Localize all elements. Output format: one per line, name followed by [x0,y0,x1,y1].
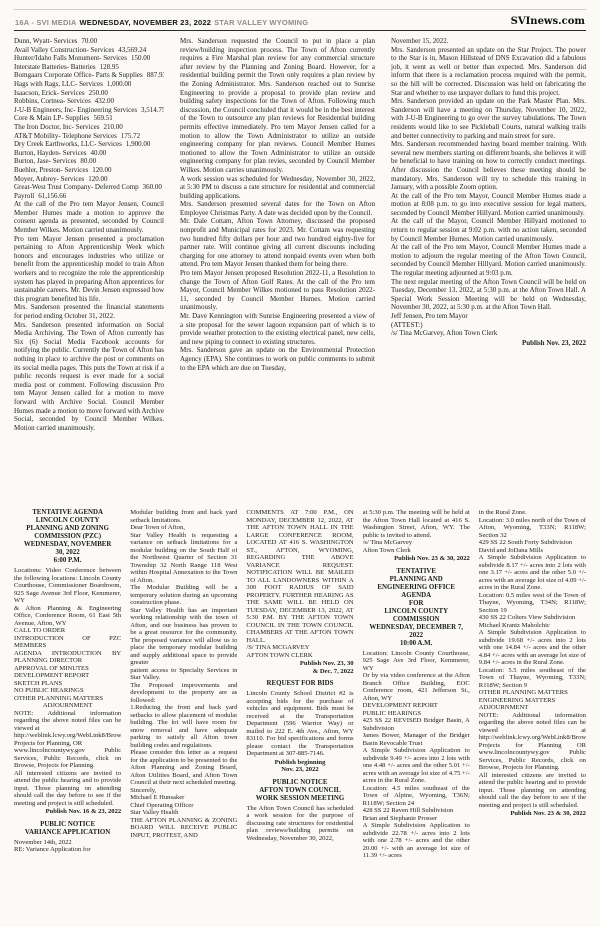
text-block: Location: Lincoln County Courthouse, 925… [363,650,470,673]
payment-amount: 175.72 [121,132,140,140]
text-block: AGENDA INTRODUCTION BY PLANNING DIRECTOR [14,650,121,665]
text-block: RE: Variance Application for [14,846,121,854]
payment-amount: 210.00 [103,123,122,131]
payment-amount: 360.00 [143,183,162,191]
payee-name: Dry Creek Earthworks, LLC- Services [14,140,122,148]
text-block: Please consider this letter as a request… [130,749,237,787]
text-block: DEVELOPMENT REPORT [14,672,121,680]
page-edition-label: 16A - SVI MEDIA [15,18,76,27]
text-block: CALL TO ORDER [14,627,121,635]
text-block: Mrs. Sanderson provided an update on the… [391,97,586,140]
ledger-row: Great-West Trust Company- Deferred Comp3… [14,183,164,192]
publish-date: Publish Nov. 16 & 23, 2022 [14,808,121,816]
work-session-notice-heading: PUBLIC NOTICE AFTON TOWN COUNCIL WORK SE… [246,779,353,803]
payee-name: Great-West Trust Company- Deferred Comp [14,183,139,191]
notices-column-e: in the Rural Zone.Location: 3.0 miles no… [479,509,586,927]
text-block: Mr. Dale Cottam, Afton Town Attorney, di… [180,217,375,269]
text-block: David and JoDana Mills [479,547,586,555]
text-block: At the call of the Mayor, Council Member… [391,217,586,243]
text-block: Mrs. Sanderson recommended having board … [391,140,586,192]
text-block: Michael Krantz Maholchic [479,622,586,630]
payee-name: Burton, Jase- Services [14,157,76,165]
payment-amount: 70.00 [81,37,97,45]
text-block: DEVELOPMENT REPORT [363,702,470,710]
text-block: COMMENTS AT 7:00 P.M., ON MONDAY, DECEMB… [246,509,353,644]
payment-amount: 150.00 [131,54,150,62]
text-block: Locations: Video Conference between the … [14,567,121,605]
text-block: Location: 0.5 miles west of the Town of … [479,592,586,615]
county-commission-agenda-heading: TENTATIVE PLANNING AND ENGINEERING OFFIC… [363,568,470,648]
ledger-row: Isaacson, Erick- Services250.00 [14,89,164,98]
text-block: /S/ TINA MCGARVEY [246,644,353,652]
pzc-agenda-heading: TENTATIVE AGENDA LINCOLN COUNTY PLANNING… [14,509,121,565]
text-block: Star Valley Health is requesting a varia… [130,532,237,585]
payee-name: AT&T Mobility- Telephone Services [14,132,117,140]
text-block: Chief Operating Officer [130,802,237,810]
text-block: Dear Town of Afton, [130,524,237,532]
payee-name: The Iron Doctor, Inc- Services [14,123,99,131]
payee-name: Robbins, Cortnea- Services [14,97,91,105]
payment-amount: 887.93 [147,71,164,79]
text-block: APPROVAL OF MINUTES [14,665,121,673]
newspaper-page: 16A - SVI MEDIA WEDNESDAY, NOVEMBER 23, … [0,0,600,927]
text-block: The next regular meeting of the Afton To… [391,278,586,312]
payment-amount: 3,514.75 [141,106,164,114]
ledger-row: Burton, Hayden- Services40.00 [14,149,164,158]
council-minutes-section: Dunn, Wyatt- Services70.00Avail Valley C… [14,31,586,503]
publish-date: Publish Nov. 23 & 30, 2022 [479,810,586,818]
text-block: NO PUBLIC HEARINGS [14,687,121,695]
ledger-row: Dunn, Wyatt- Services70.00 [14,37,164,46]
ledger-row: J-U-B Engineers, Inc- Engineering Servic… [14,106,164,115]
text-block: Mr. Dave Kennington with Sunrise Enginee… [180,312,375,346]
text-block: /s/ Tina McGarvey [363,539,470,547]
text-block: 425 SS 22 REVISED Bridger Basin, A Subdi… [363,717,470,732]
text-block: 429 SS 22 South Forty Subdivision [479,539,586,547]
text-block: OTHER PLANNING MATTERS [479,689,586,697]
ledger-row: Dry Creek Earthworks, LLC- Services1,900… [14,140,164,149]
text-block: A Simple Subdivision Application to subd… [363,822,470,860]
text-block: www.lincolncountywy.gov Public Services,… [14,747,121,770]
text-block: 1.Reducing the front and back yard setba… [130,704,237,749]
ledger-row: Robbins, Cortnea- Services432.00 [14,97,164,106]
notices-column-b: Modular building front and back yard set… [130,509,237,927]
ledger-row: Hags with Rags, LLC- Services1,000.00 [14,80,164,89]
ledger-row: Avail Valley Construction- Services43,56… [14,46,164,55]
payee-name: Isaacson, Erick- Services [14,89,85,97]
text-block: At the call of the Pro tem Mayor, Counci… [391,243,586,277]
text-block: INTRODUCTION OF PZC MEMBERS [14,635,121,650]
text-block: All interested citizens are invited to a… [14,770,121,808]
text-block: A work session was scheduled for Wednesd… [180,175,375,201]
text-block: SKETCH PLANS [14,680,121,688]
text-block: The Proposed improvements and developmen… [130,682,237,705]
masthead-region: STAR VALLEY WYOMING [214,18,308,27]
text-block: Modular building front and back yard set… [130,509,237,524]
payment-amount: 432.00 [95,97,114,105]
ledger-row: Hunter/Idaho Falls Monument- Services150… [14,54,164,63]
payment-amount: 40.00 [91,149,107,157]
minutes-column-3: November 15, 2022.Mrs. Sanderson present… [391,37,586,503]
text-block: Mrs. Sanderson requested the Council to … [180,37,375,175]
minutes-column-1: Dunn, Wyatt- Services70.00Avail Valley C… [14,37,164,503]
ledger-row: The Iron Doctor, Inc- Services210.00 [14,123,164,132]
text-block: Mrs. Sanderson presented an update on th… [391,46,586,98]
text-block: Star Valley Health [130,809,237,817]
publish-date: Publish Nov. 23, 2022 [391,339,586,348]
payee-name: Bomgaars Corporate Office- Parts & Suppl… [14,71,143,79]
notices-column-d: at 5:30 p.m. The meeting will be held at… [363,509,470,927]
text-block: Mrs. Sanderson gave an update on the Env… [180,346,375,372]
text-block: The Modular Building will be a temporary… [130,584,237,607]
text-block: 428 SS 22 Raven Hill Subdivision [363,807,470,815]
masthead-website: SVInews.com [511,16,585,27]
payment-amount: 128.95 [100,63,119,71]
text-block: in the Rural Zone. [479,509,586,517]
text-block: A Simple Subdivision Application to subd… [479,629,586,667]
public-notices-section: TENTATIVE AGENDA LINCOLN COUNTY PLANNING… [14,509,586,927]
publish-date: Publish Nov. 23 & 30, 2022 [363,555,470,563]
ledger-row: Buehler, Preston- Services120.00 [14,166,164,175]
text-block: (ATTEST:) [391,321,586,330]
payment-amount: 1,000.00 [107,80,132,88]
text-block: Mrs. Sanderson presented information on … [14,321,164,433]
text-block: AFTON TOWN CLERK [246,652,353,660]
payee-name: Core & Main LP- Supplies [14,114,89,122]
payee-name: Payroll [14,192,34,200]
text-block: patient access to Specialty Services in … [130,667,237,682]
payment-amount: 569.51 [93,114,112,122]
masthead: 16A - SVI MEDIA WEDNESDAY, NOVEMBER 23, … [14,10,586,31]
ledger-row: Burton, Jase- Services80.00 [14,157,164,166]
notices-column-c: COMMENTS AT 7:00 P.M., ON MONDAY, DECEMB… [246,509,353,927]
payment-amount: 1,900.00 [126,140,151,148]
text-block: Location: 4.5 miles southeast of the Tow… [363,785,470,808]
ledger-row: Interstate Batteries- Batteries128.95 [14,63,164,72]
request-for-bids-heading: REQUEST FOR BIDS [246,680,353,688]
text-block: Michael E Hunsaker [130,794,237,802]
payment-amount: 80.00 [80,157,96,165]
text-block: At the call of the Pro tem Mayor Jensen,… [14,200,164,234]
payee-name: Interstate Batteries- Batteries [14,63,96,71]
text-block: Star Valley Health has an important work… [130,607,237,667]
masthead-left: 16A - SVI MEDIA WEDNESDAY, NOVEMBER 23, … [15,18,308,27]
text-block: ADJOURNMENT [14,702,121,710]
payee-name: Buehler, Preston- Services [14,166,88,174]
text-block: Location: 3.0 miles north of the Town of… [479,517,586,540]
masthead-date: WEDNESDAY, NOVEMBER 23, 2022 [79,18,211,27]
text-block: OTHER PLANNING MATTERS [14,695,121,703]
text-block: NOTE: Additional information regarding t… [14,710,121,733]
text-block: Brian and Stephanie Prosser [363,815,470,823]
text-block: & Afton Planning & Engineering Office, C… [14,605,121,628]
text-block: Pro tem Mayor Jensen proposed Resolution… [180,269,375,312]
publish-date: Publish beginning Nov. 23, 2022 [246,759,353,774]
payment-amount: 61,156.66 [38,192,66,200]
payment-amount: 120.00 [88,175,107,183]
text-block: NOTE: Additional information regarding t… [479,712,586,772]
minutes-column-2: Mrs. Sanderson requested the Council to … [180,37,375,503]
text-block: at 5:30 p.m. The meeting will be held at… [363,509,470,539]
text-block: PUBLIC HEARINGS [363,710,470,718]
text-block: Lincoln County School District #2 is acc… [246,690,353,758]
text-block: Afton Town Clerk [363,547,470,555]
payment-amount: 43,569.24 [118,46,146,54]
text-block: ADJOURNMENT [479,704,586,712]
text-block: ENGINEERING MATTERS [479,697,586,705]
text-block: A Simple Subdivision Application to subd… [363,747,470,785]
text-block: November 14th, 2022 [14,839,121,847]
payment-amount: 120.00 [92,166,111,174]
text-block: James Bower, Manager of the Bridger Basi… [363,732,470,747]
text-block: Jeff Jensen, Pro tem Mayor [391,312,586,321]
ledger-row: Moyer, Aubrey- Services120.00 [14,175,164,184]
text-block: THE AFTON PLANNING & ZONING BOARD WILL R… [130,817,237,840]
ledger-row: Bomgaars Corporate Office- Parts & Suppl… [14,71,164,80]
text-block: The Afton Town Council has scheduled a w… [246,805,353,843]
ledger-row: Core & Main LP- Supplies569.51 [14,114,164,123]
text-block: /s/ Tina McGarvey, Afton Town Clerk [391,329,586,338]
payee-name: Hags with Rags, LLC- Services [14,80,103,88]
payee-name: Avail Valley Construction- Services [14,46,114,54]
text-block: Pro tem Mayor Jensen presented a proclam… [14,235,164,304]
publish-date: Publish Nov. 23, 30 & Dec. 7, 2022 [246,660,353,675]
payee-name: Dunn, Wyatt- Services [14,37,77,45]
text-block: Sincerely, [130,787,237,795]
ledger-row: Payroll61,156.66 [14,192,164,201]
ledger-row: AT&T Mobility- Telephone Services175.72 [14,132,164,141]
text-block: Or by via video conference at the Afton … [363,672,470,702]
text-block: A Simple Subdivision Application to subd… [479,554,586,592]
text-block: Location: 5.5 miles southeast of the Tow… [479,667,586,690]
text-block: 430 SS 22 Colters View Subdivision [479,614,586,622]
text-block: Mrs. Sanderson presented several dates f… [180,200,375,217]
notices-column-a: TENTATIVE AGENDA LINCOLN COUNTY PLANNING… [14,509,121,927]
text-block: http://weblink.lcwy.org/WebLink8/Browse.… [14,732,121,747]
payee-name: Hunter/Idaho Falls Monument- Services [14,54,127,62]
payee-name: Burton, Hayden- Services [14,149,87,157]
text-block: Mrs. Sanderson presented the financial s… [14,303,164,320]
text-block: All interested citizens are invited to a… [479,772,586,810]
payee-name: J-U-B Engineers, Inc- Engineering Servic… [14,106,137,114]
payee-name: Moyer, Aubrey- Services [14,175,84,183]
text-block: At the call of the Pro tem Mayor, Counci… [391,192,586,218]
payment-amount: 250.00 [89,89,108,97]
text-block: November 15, 2022. [391,37,586,46]
variance-public-notice-heading: PUBLIC NOTICE VARIANCE APPLICATION [14,821,121,837]
